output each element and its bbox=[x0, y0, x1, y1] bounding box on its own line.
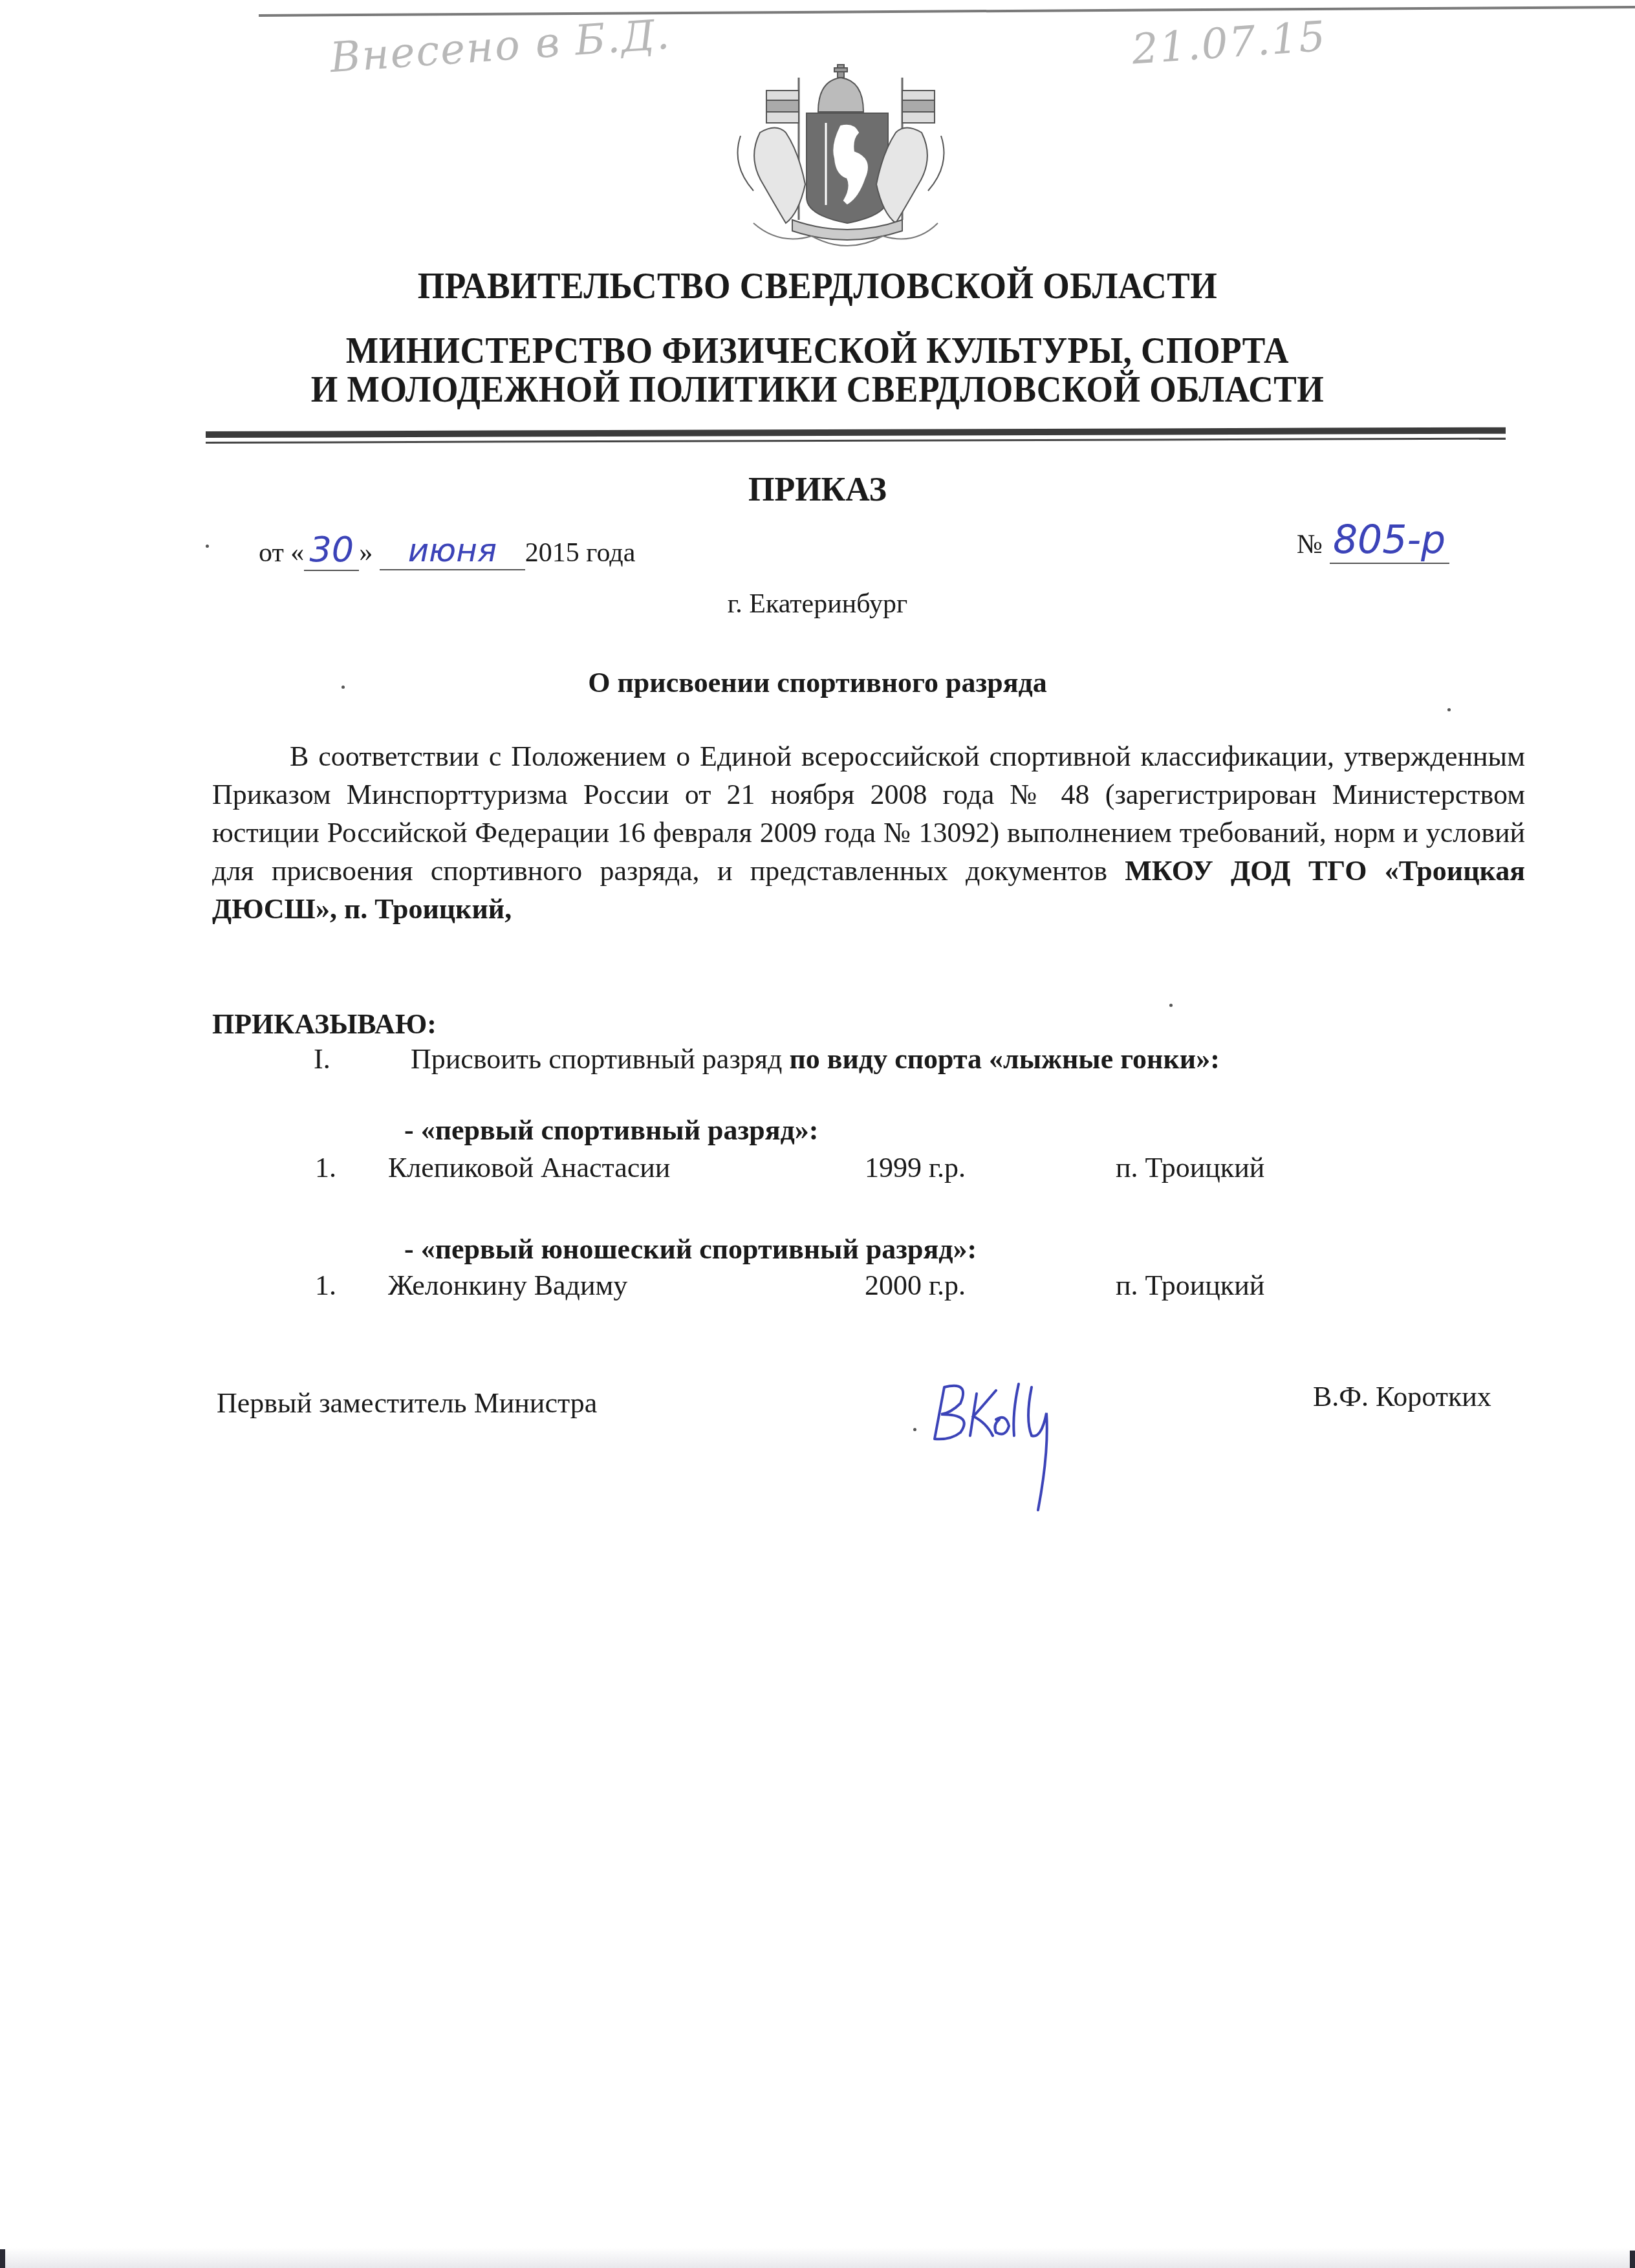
document-type-title: ПРИКАЗ bbox=[0, 471, 1635, 509]
number-prefix: № bbox=[1297, 530, 1323, 559]
order-item: I.Присвоить спортивный разряд по виду сп… bbox=[314, 1042, 1220, 1075]
document-page: Внесено в Б.Д. 21.07.15 bbox=[0, 0, 1635, 2268]
document-city: г. Екатеринбург bbox=[0, 589, 1635, 620]
person-number: 1. bbox=[315, 1269, 336, 1302]
date-day-handwritten: 30 bbox=[304, 529, 359, 571]
person-place: п. Троицкий bbox=[1116, 1269, 1264, 1302]
header-divider-thick bbox=[206, 427, 1506, 438]
signatory-title: Первый заместитель Министра bbox=[217, 1387, 597, 1420]
handwritten-signature bbox=[899, 1368, 1119, 1517]
number-handwritten: 805-р bbox=[1330, 517, 1449, 564]
scan-corner-left bbox=[0, 2249, 5, 2268]
pencil-note: Внесено в Б.Д. bbox=[329, 11, 672, 83]
scan-speck bbox=[1169, 1004, 1173, 1007]
date-mid: » bbox=[359, 538, 373, 568]
order-item-text: Присвоить спортивный разряд bbox=[411, 1043, 789, 1075]
date-suffix: 2015 года bbox=[525, 538, 635, 568]
scan-speck bbox=[341, 686, 345, 689]
person-name: Клепиковой Анастасии bbox=[388, 1151, 670, 1184]
signatory-name: В.Ф. Коротких bbox=[1313, 1380, 1491, 1413]
header-divider-thin bbox=[206, 438, 1506, 444]
person-number: 1. bbox=[315, 1151, 336, 1184]
ministry-header-line2: И МОЛОДЕЖНОЙ ПОЛИТИКИ СВЕРДЛОВСКОЙ ОБЛАС… bbox=[65, 367, 1570, 411]
document-date: от «30» июня2015 года bbox=[259, 529, 635, 571]
document-subject: О присвоении спортивного разряда bbox=[0, 666, 1635, 699]
ministry-header-line1: МИНИСТЕРСТВО ФИЗИЧЕСКОЙ КУЛЬТУРЫ, СПОРТА bbox=[65, 329, 1570, 372]
scan-speck bbox=[1447, 708, 1451, 711]
person-birth-year: 1999 г.р. bbox=[865, 1151, 966, 1184]
order-item-sport: по виду спорта «лыжные гонки»: bbox=[789, 1043, 1219, 1075]
scan-edge-line bbox=[259, 6, 1635, 17]
date-month-handwritten: июня bbox=[380, 532, 525, 570]
document-number: № 805-р bbox=[1297, 517, 1449, 564]
coat-of-arms-icon bbox=[715, 61, 967, 255]
person-birth-year: 2000 г.р. bbox=[865, 1269, 966, 1302]
pencil-note-date: 21.07.15 bbox=[1131, 13, 1328, 74]
date-prefix: от « bbox=[259, 538, 304, 568]
person-name: Желонкину Вадиму bbox=[388, 1269, 627, 1302]
order-word: ПРИКАЗЫВАЮ: bbox=[212, 1008, 437, 1041]
category-title: - «первый спортивный разряд»: bbox=[404, 1114, 818, 1147]
government-header: ПРАВИТЕЛЬСТВО СВЕРДЛОВСКОЙ ОБЛАСТИ bbox=[65, 264, 1570, 307]
order-item-numeral: I. bbox=[314, 1042, 411, 1075]
category-title: - «первый юношеский спортивный разряд»: bbox=[404, 1233, 977, 1266]
person-place: п. Троицкий bbox=[1116, 1151, 1264, 1184]
scan-bottom-edge bbox=[0, 2247, 1635, 2268]
scan-corner-right bbox=[1630, 2251, 1635, 2268]
scan-speck bbox=[206, 545, 209, 548]
scan-speck bbox=[913, 1428, 916, 1431]
preamble-paragraph: В соответствии с Положением о Единой все… bbox=[212, 737, 1525, 928]
